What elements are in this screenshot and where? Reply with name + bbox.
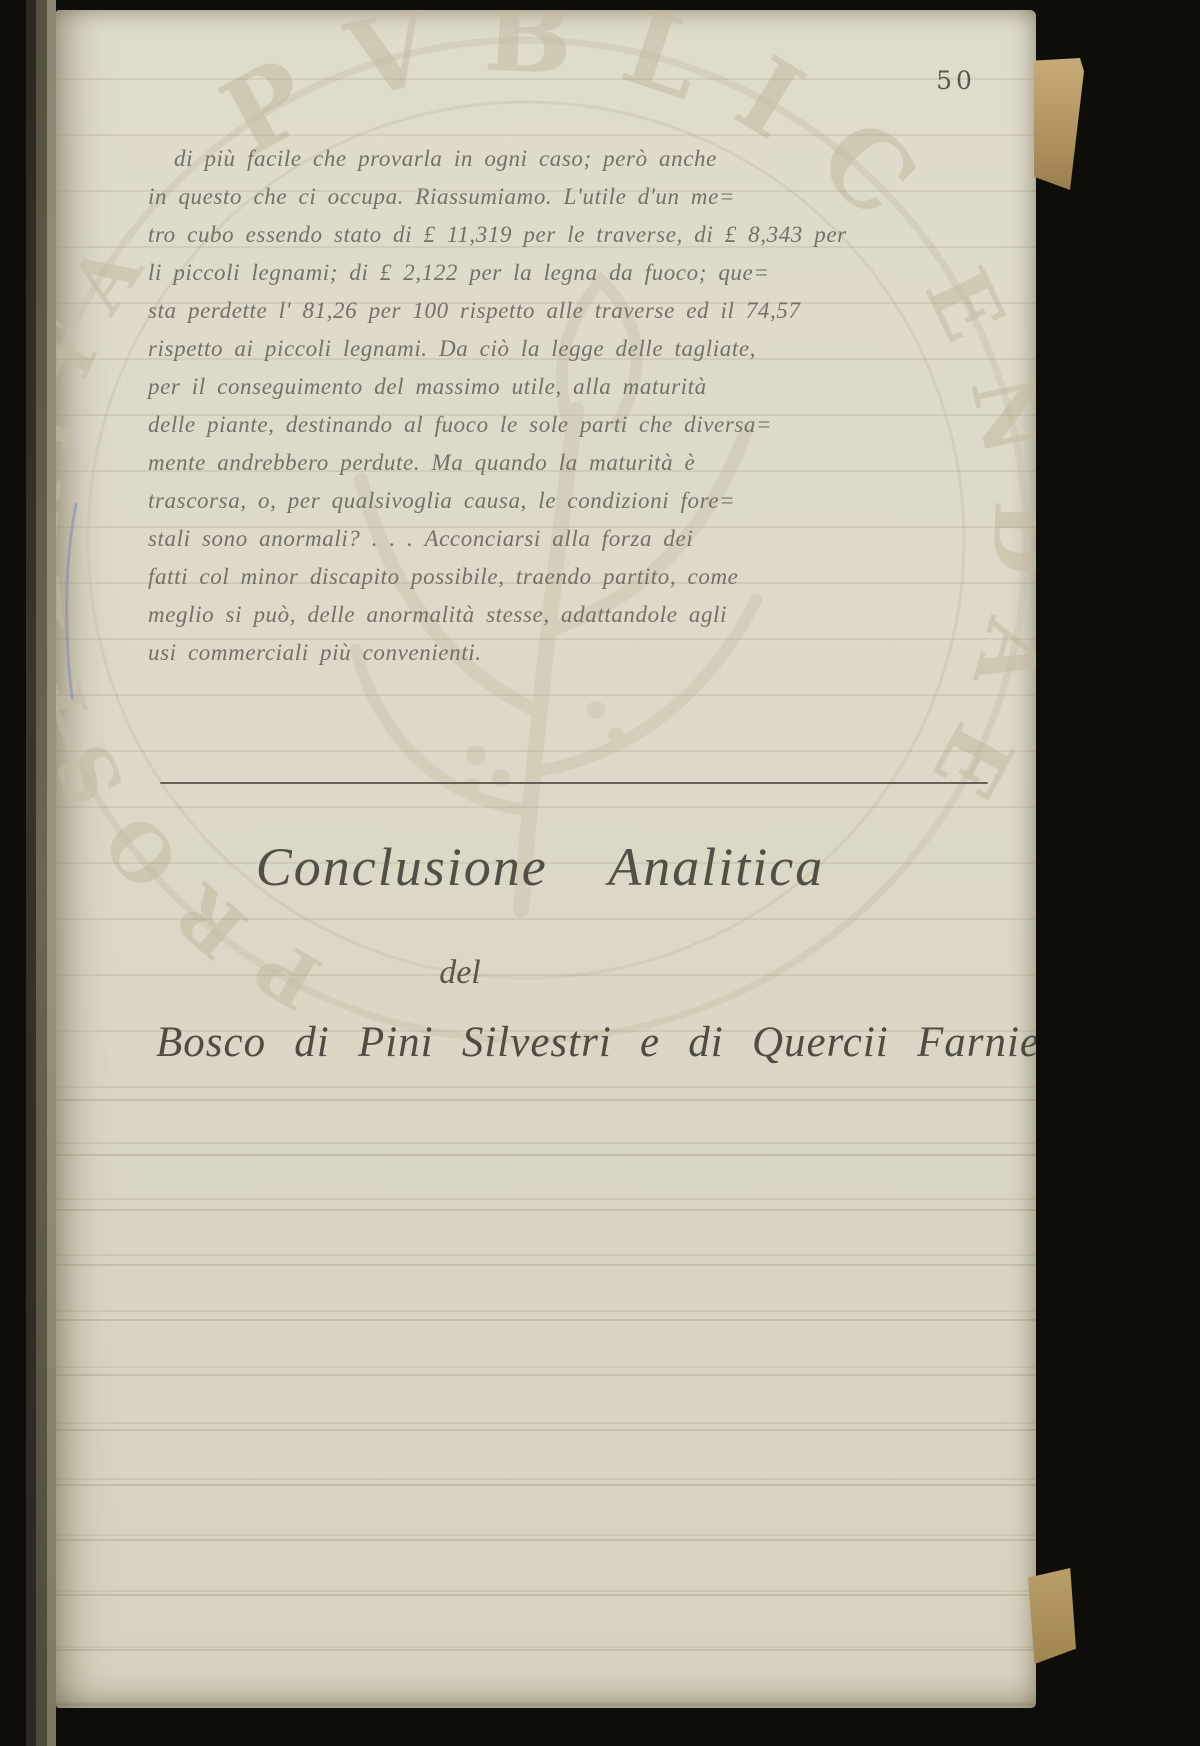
paragraph-line: stali sono anormali? . . . Acconciarsi a…: [148, 520, 1024, 558]
paragraph-line: delle piante, destinando al fuoco le sol…: [148, 406, 1024, 444]
margin-ink-mark: [60, 502, 88, 702]
paragraph-line: tro cubo essendo stato di £ 11,319 per l…: [148, 216, 1024, 254]
handwritten-paragraph: di più facile che provarla in ogni caso;…: [148, 140, 1024, 672]
paragraph-line: rispetto ai piccoli legnami. Da ciò la l…: [148, 330, 1024, 368]
scanned-manuscript: PROSPERITA PVBLIC ENDAE: [0, 0, 1200, 1746]
paragraph-line: usi commerciali più convenienti.: [148, 634, 1024, 672]
paragraph-line: trascorsa, o, per qualsivoglia causa, le…: [148, 482, 1024, 520]
page-stack-edge: [26, 0, 36, 1746]
paragraph-line: sta perdette l' 81,26 per 100 rispetto a…: [148, 292, 1024, 330]
ruled-lines-lower: [56, 1046, 1036, 1708]
paragraph-line: in questo che ci occupa. Riassumiamo. L'…: [148, 178, 1024, 216]
section-subtitle-del: del: [160, 954, 760, 992]
page-number: 50: [916, 66, 996, 95]
section-title: Conclusione Analitica: [160, 836, 920, 898]
manuscript-page: PROSPERITA PVBLIC ENDAE: [56, 10, 1036, 1708]
paragraph-line: di più facile che provarla in ogni caso;…: [148, 140, 1024, 178]
paragraph-line: meglio si può, delle anormalità stesse, …: [148, 596, 1024, 634]
main-title: Bosco di Pini Silvestri e di Quercii Far…: [156, 1018, 1036, 1067]
paragraph-line: mente andrebbero perdute. Ma quando la m…: [148, 444, 1024, 482]
section-divider: [160, 782, 988, 784]
torn-page-corner-bottom: [1028, 1568, 1076, 1664]
page-stack-edge: [36, 0, 47, 1746]
paragraph-line: li piccoli legnami; di £ 2,122 per la le…: [148, 254, 1024, 292]
torn-page-corner-top: [1034, 58, 1084, 190]
paragraph-line: fatti col minor discapito possibile, tra…: [148, 558, 1024, 596]
paragraph-line: per il conseguimento del massimo utile, …: [148, 368, 1024, 406]
page-stack-edge: [47, 0, 56, 1746]
